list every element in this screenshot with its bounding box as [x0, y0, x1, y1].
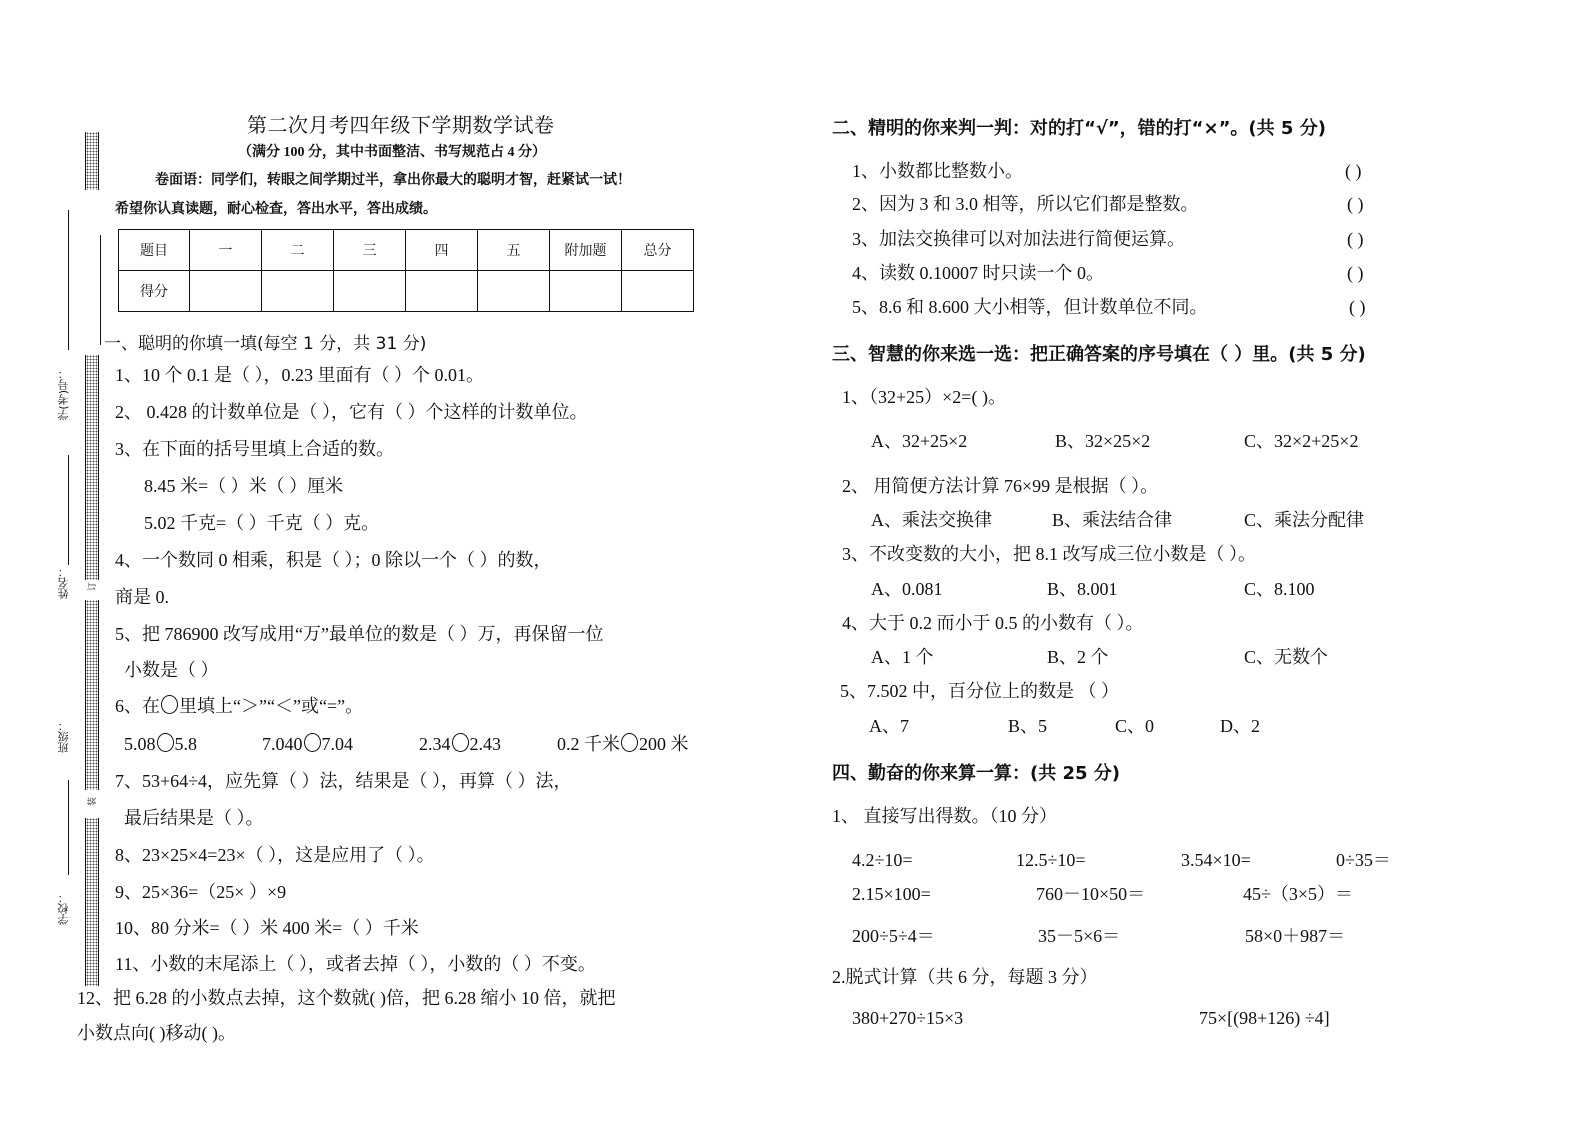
s4-calc: 58×0＋987＝	[1245, 925, 1345, 947]
s1-q3: 3、在下面的括号里填上合适的数。	[115, 438, 394, 460]
s3-q5-option-d[interactable]: D、2	[1220, 715, 1260, 737]
s4-calc: 3.54×10=	[1181, 849, 1251, 871]
score-cell[interactable]	[478, 271, 550, 312]
s1-q11: 11、小数的末尾添上（ ），或者去掉（ ），小数的（ ）不变。	[115, 953, 596, 975]
compare-circle[interactable]	[157, 733, 174, 752]
s3-q4: 4、大于 0.2 而小于 0.5 的小数有（ ）。	[842, 612, 1144, 634]
binding-strip-middle	[85, 355, 99, 580]
s1-q6-compare-1: 5.085.8	[124, 733, 197, 755]
s3-q4-option-a[interactable]: A、1 个	[871, 646, 934, 668]
s1-q12: 12、把 6.28 的小数点去掉，这个数就( )倍，把 6.28 缩小 10 倍…	[77, 987, 616, 1009]
s1-q6-compare-2: 7.0407.04	[262, 733, 353, 755]
s3-q3: 3、不改变数的大小，把 8.1 改写成三位小数是（ ）。	[842, 543, 1256, 565]
s3-q2-option-a[interactable]: A、乘法交换律	[871, 509, 992, 531]
s1-q6-compare-3: 2.342.43	[419, 733, 501, 755]
header-cell: 二	[262, 230, 334, 271]
s2-item-5: 5、8.6 和 8.600 大小相等，但计数单位不同。	[852, 296, 1208, 318]
s1-q6-prefix: 6、在	[115, 696, 160, 716]
s4-calc: 4.2÷10=	[852, 849, 913, 871]
school-label: 学校：	[56, 892, 72, 925]
s2-blank-3[interactable]: ( )	[1347, 228, 1364, 250]
s3-q2: 2、 用简便方法计算 76×99 是根据（ ）。	[842, 475, 1158, 497]
s4-calc: 35－5×6＝	[1038, 925, 1120, 947]
s2-blank-1[interactable]: ( )	[1345, 160, 1362, 182]
s1-q1: 1、10 个 0.1 是（ ），0.23 里面有（ ）个 0.01。	[115, 364, 484, 386]
s1-q5-cont: 小数是（ ）	[124, 659, 219, 681]
s2-blank-4[interactable]: ( )	[1347, 262, 1364, 284]
margin-rule-1	[68, 210, 69, 350]
s1-q10: 10、80 分米=（ ）米 400 米=（ ）千米	[115, 917, 419, 939]
s1-q6-suffix: 里填上“＞”“＜”或“=”。	[179, 696, 363, 716]
compare-circle[interactable]	[621, 733, 638, 752]
circle-blank-icon	[161, 695, 178, 714]
header-cell: 三	[334, 230, 406, 271]
compare-circle[interactable]	[304, 733, 321, 752]
margin-rule-2	[68, 455, 69, 565]
score-cell[interactable]	[550, 271, 622, 312]
header-cell: 四	[406, 230, 478, 271]
s3-q1-option-c[interactable]: C、32×2+25×2	[1244, 430, 1358, 452]
s4-stepcalc-2: 75×[(98+126) ÷4]	[1199, 1007, 1330, 1029]
exam-intro-line1: 卷面语：同学们，转眼之间学期过半，拿出你最大的聪明才智，赶紧试一试！	[155, 172, 631, 190]
s4-calc: 45÷（3×5）＝	[1243, 883, 1353, 905]
s1-q3-a: 8.45 米=（ ）米（ ）厘米	[144, 475, 343, 497]
score-cell[interactable]	[262, 271, 334, 312]
section3-title: 三、智慧的你来选一选：把正确答案的序号填在（ ）里。(共 5 分)	[832, 340, 1366, 366]
s4-calc: 2.15×100=	[852, 883, 931, 905]
score-table-score-row: 得分	[119, 271, 694, 312]
s3-q2-option-c[interactable]: C、乘法分配律	[1244, 509, 1364, 531]
header-cell: 题目	[119, 230, 190, 271]
s3-q5: 5、7.502 中，百分位上的数是 （ ）	[840, 680, 1119, 702]
s1-q5: 5、把 786900 改写成用“万”最单位的数是（ ）万，再保留一位	[115, 623, 603, 645]
score-cell[interactable]	[334, 271, 406, 312]
exam-title: 第二次月考四年级下学期数学试卷	[247, 109, 555, 138]
s4-calc: 12.5÷10=	[1016, 849, 1086, 871]
header-cell: 附加题	[550, 230, 622, 271]
s1-q7-cont: 最后结果是（ ）。	[124, 807, 264, 829]
s1-q12-cont: 小数点向( )移动( )。	[77, 1022, 236, 1044]
binding-strip-bottom	[85, 818, 99, 986]
s1-q6-compare-4: 0.2 千米200 米	[557, 733, 689, 755]
s2-item-4: 4、读数 0.10007 时只读一个 0。	[852, 262, 1104, 284]
class-label: 班级：	[56, 720, 72, 753]
s3-q5-option-b[interactable]: B、5	[1008, 715, 1047, 737]
header-cell: 五	[478, 230, 550, 271]
s2-item-1: 1、小数都比整数小。	[852, 160, 1023, 182]
s2-item-3: 3、加法交换律可以对加法进行简便运算。	[852, 228, 1185, 250]
binding-mark-zhuang: 装	[85, 797, 98, 806]
binding-mark-ding: 订	[85, 582, 98, 591]
s4-part2-title: 2.脱式计算（共 6 分，每题 3 分）	[832, 966, 1098, 988]
s4-calc: 760－10×50＝	[1036, 883, 1145, 905]
s3-q1-option-b[interactable]: B、32×25×2	[1055, 430, 1150, 452]
score-table: 题目 一 二 三 四 五 附加题 总分 得分	[118, 229, 694, 312]
name-label: 姓名：	[56, 566, 72, 599]
exam-intro-line2: 希望你认真读题，耐心检查，答出水平，答出成绩。	[115, 201, 437, 219]
s3-q5-option-c[interactable]: C、0	[1115, 715, 1154, 737]
s3-q3-option-b[interactable]: B、8.001	[1047, 578, 1118, 600]
s3-q1-option-a[interactable]: A、32+25×2	[871, 430, 967, 452]
header-cell: 总分	[622, 230, 694, 271]
s1-q3-b: 5.02 千克=（ ）千克（ ）克。	[144, 512, 379, 534]
s1-q4-cont: 商是 0.	[115, 586, 169, 608]
student-id-label: 学(考)号：	[56, 368, 72, 421]
s4-stepcalc-1: 380+270÷15×3	[852, 1007, 963, 1029]
s4-calc: 200÷5÷4＝	[852, 925, 935, 947]
s1-q2: 2、 0.428 的计数单位是（ ），它有（ ）个这样的计数单位。	[115, 401, 588, 423]
score-cell[interactable]	[622, 271, 694, 312]
margin-rule-4	[100, 235, 101, 345]
score-cell[interactable]	[190, 271, 262, 312]
s3-q4-option-c[interactable]: C、无数个	[1244, 646, 1328, 668]
exam-subtitle: （满分 100 分，其中书面整洁、书写规范占 4 分）	[238, 144, 546, 162]
section2-title: 二、精明的你来判一判：对的打“√”，错的打“×”。(共 5 分)	[832, 114, 1326, 140]
row-label-cell: 得分	[119, 271, 190, 312]
s1-q8: 8、23×25×4=23×（ ），这是应用了（ ）。	[115, 844, 435, 866]
s1-q9: 9、25×36=（25× ）×9	[115, 881, 286, 903]
s3-q2-option-b[interactable]: B、乘法结合律	[1052, 509, 1172, 531]
s2-item-2: 2、因为 3 和 3.0 相等，所以它们都是整数。	[852, 193, 1199, 215]
compare-circle[interactable]	[452, 733, 469, 752]
s3-q4-option-b[interactable]: B、2 个	[1047, 646, 1109, 668]
s4-part1-title: 1、 直接写出得数。（10 分）	[832, 805, 1057, 827]
binding-strip-lower	[85, 600, 99, 790]
section4-title: 四、勤奋的你来算一算：(共 25 分)	[832, 759, 1120, 785]
s4-calc: 0÷35＝	[1336, 849, 1391, 871]
s1-q4: 4、一个数同 0 相乘，积是（ ）；0 除以一个（ ）的数，	[115, 549, 552, 571]
s3-q3-option-a[interactable]: A、0.081	[871, 578, 943, 600]
binding-strip-top	[85, 132, 99, 190]
s1-q7: 7、53+64÷4，应先算（ ）法，结果是（ ），再算（ ）法，	[115, 770, 572, 792]
margin-rule-3	[68, 780, 69, 875]
s3-q1: 1、（32+25）×2=( )。	[842, 386, 1006, 408]
s3-q5-option-a[interactable]: A、7	[869, 715, 909, 737]
s1-q6: 6、在里填上“＞”“＜”或“=”。	[115, 695, 363, 717]
section1-title: 一、聪明的你填一填(每空 1 分，共 31 分)	[104, 329, 426, 354]
score-table-header-row: 题目 一 二 三 四 五 附加题 总分	[119, 230, 694, 271]
s2-blank-5[interactable]: ( )	[1349, 296, 1366, 318]
s3-q3-option-c[interactable]: C、8.100	[1244, 578, 1315, 600]
score-cell[interactable]	[406, 271, 478, 312]
s2-blank-2[interactable]: ( )	[1347, 193, 1364, 215]
header-cell: 一	[190, 230, 262, 271]
